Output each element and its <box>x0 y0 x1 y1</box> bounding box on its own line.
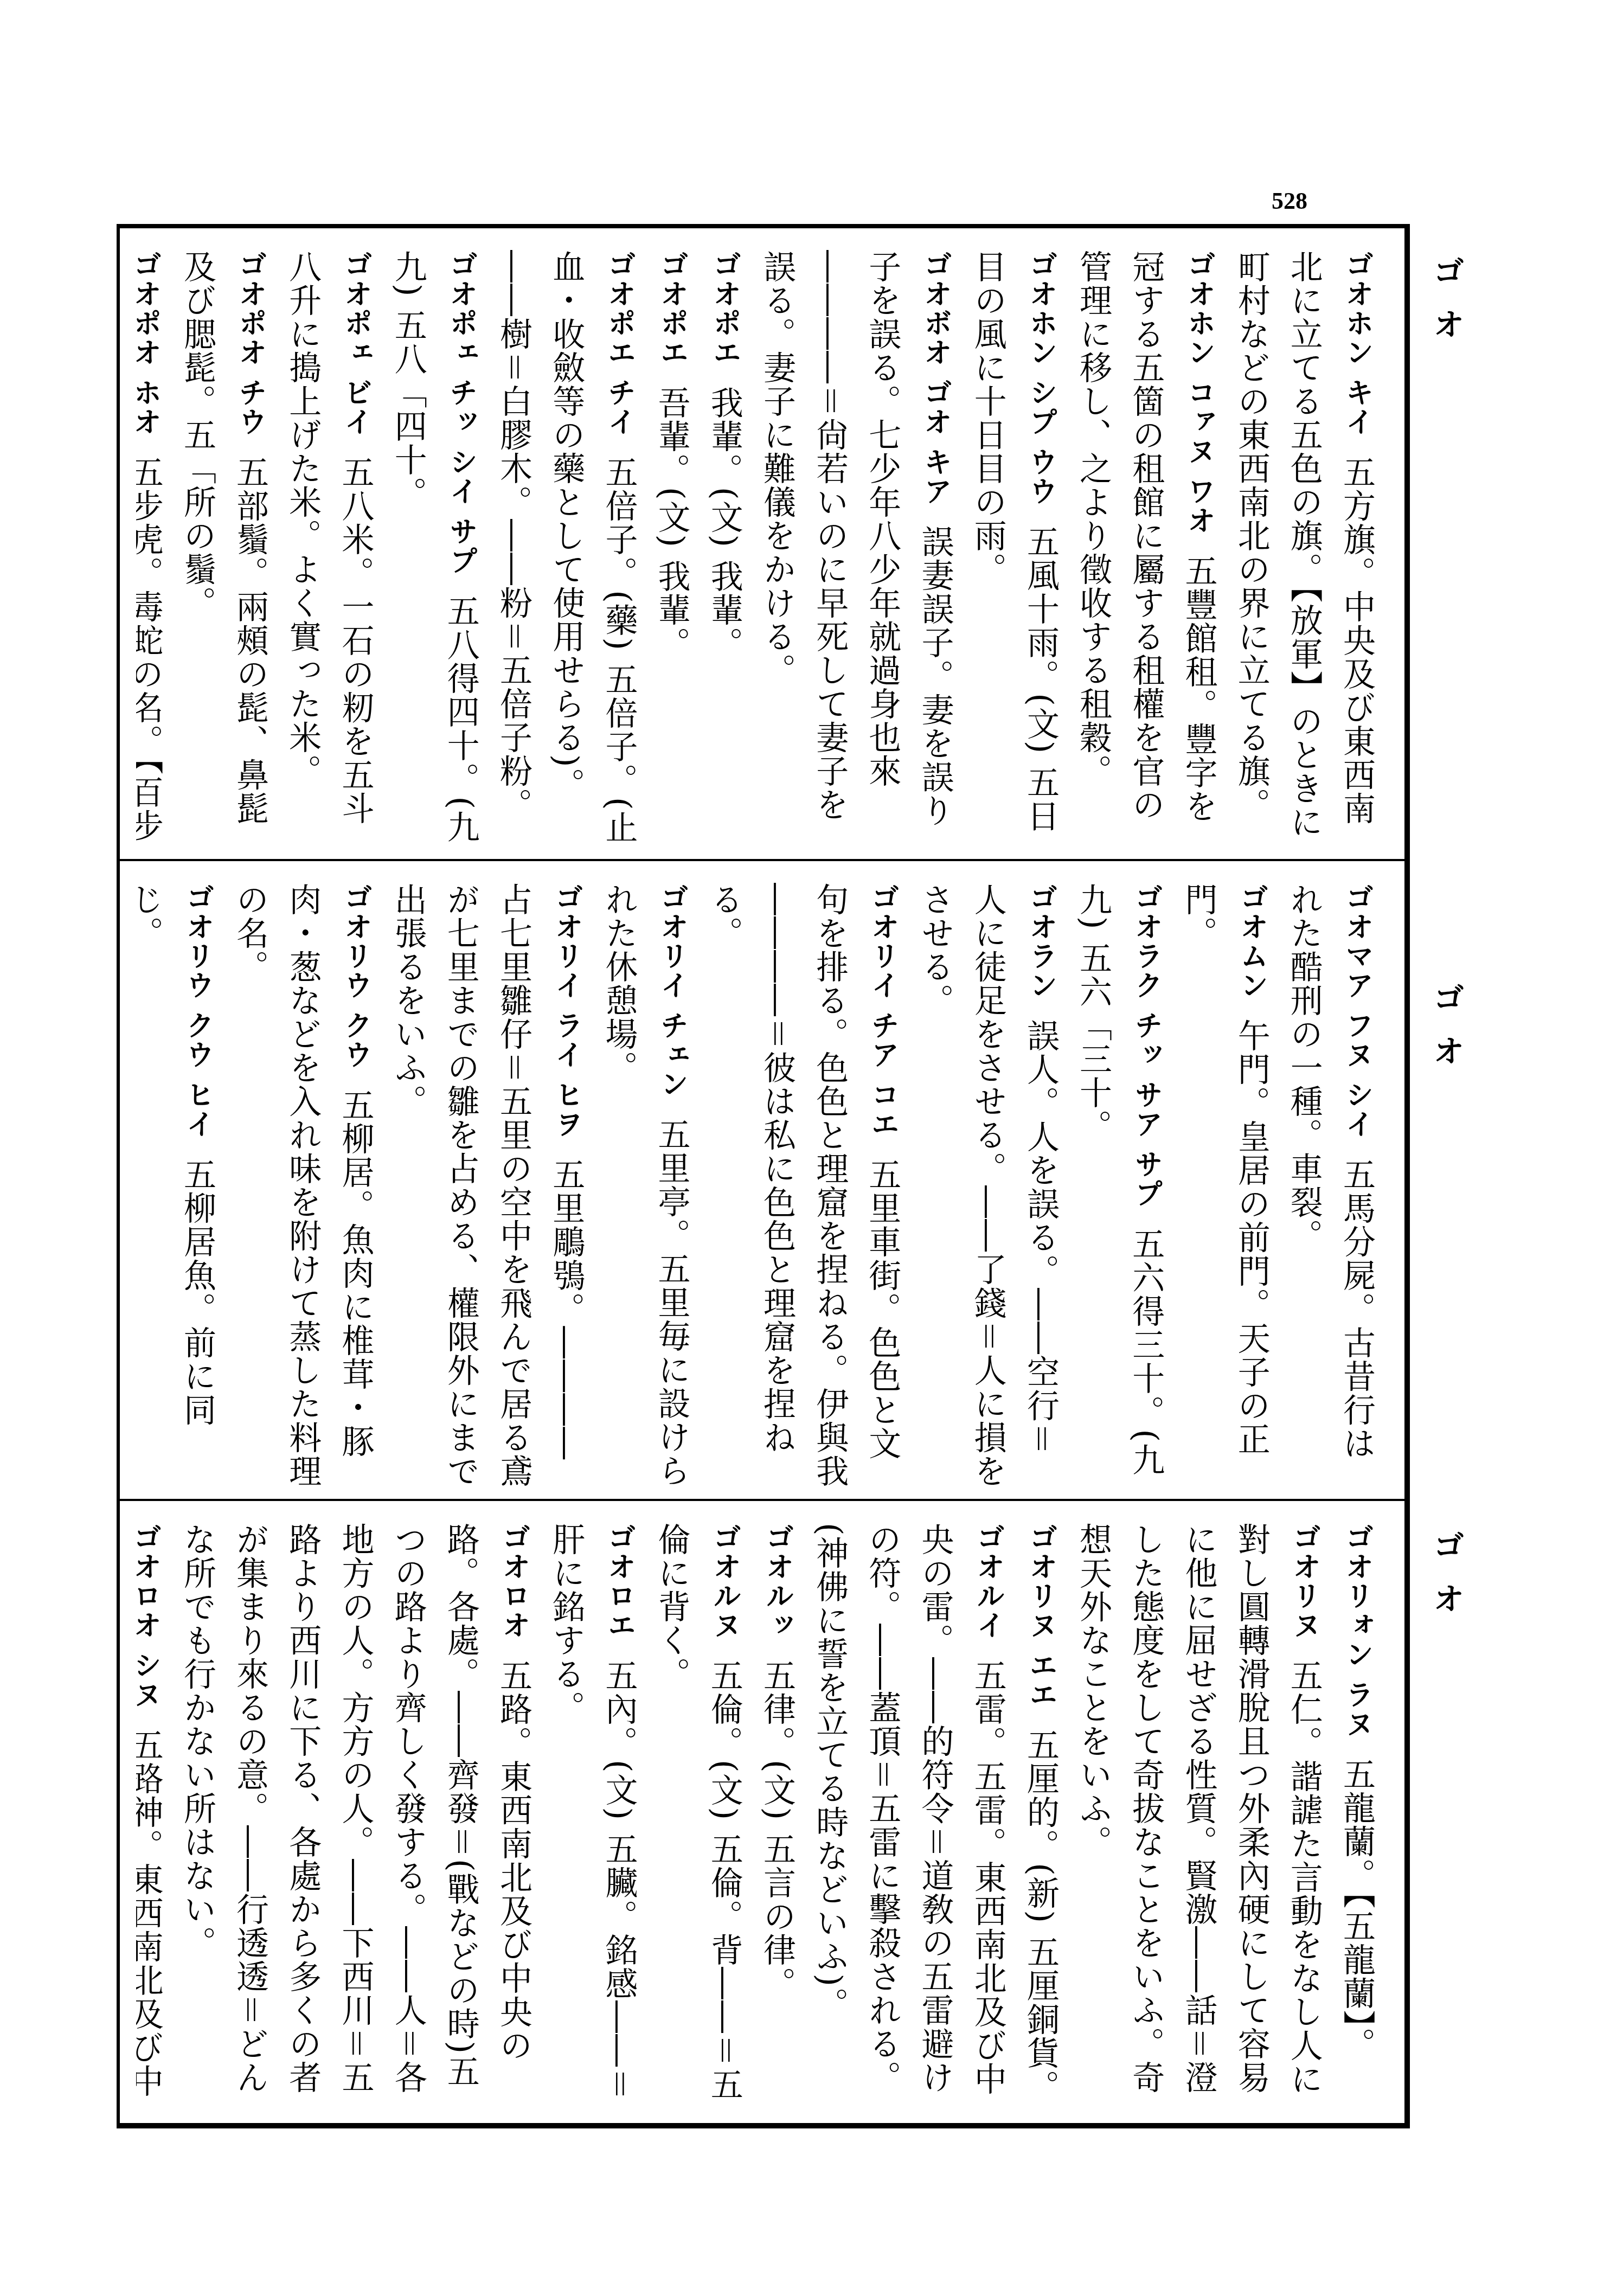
entry-headword: ゴオリイ チア コエ <box>866 883 899 1139</box>
entry-headword: ゴオルイ <box>972 1523 1004 1640</box>
dictionary-entry: ゴオリウ クウ 五柳居。魚肉に椎茸・豚肉・葱などを入れ味を附けて蒸した料理の名。 <box>223 883 382 1488</box>
page-number: 528 <box>1272 187 1307 215</box>
section-header: ゴオ <box>1423 1529 1469 1636</box>
entry-headword: ゴオラン <box>1024 883 1057 1000</box>
entry-definition: 吾輩。(文) 我輩。 <box>653 386 691 660</box>
entry-headword: ゴオリイ ライ ヒヲ <box>550 883 582 1139</box>
dictionary-entry: ゴオリヌ 五仁。諧謔た言動をなし人に對し圓轉滑脫且つ外柔內硬にして容易に他に屈せ… <box>1067 1523 1330 2111</box>
section-header: ゴオ <box>1423 982 1469 1088</box>
dictionary-entry: ゴオマア フヌ シイ 五馬分屍。古昔行はれた酷刑の一種。車裂。 <box>1278 883 1383 1488</box>
dictionary-entry: ゴオロオ 五路。東西南北及び中央の路。各處。――齊發＝(戰などの時)五つの路より… <box>171 1523 540 2111</box>
entry-headword: ゴオロオ シヌ <box>136 1523 161 1709</box>
dictionary-entry: ゴオロオ シヌ 五路神。東西南北及び中央の神。 <box>136 1523 171 2111</box>
entry-headword: ゴオポオ チウ <box>234 250 266 437</box>
entry-headword: ゴオポエ <box>708 250 741 367</box>
entry-definition: 五龍蘭。【五龍蘭】。 <box>1338 1758 1376 2061</box>
dictionary-entry: ゴオポェ ビイ 五八米。一石の籾を五斗八升に搗上げた米。よく實った米。 <box>276 250 381 848</box>
entry-headword: ゴオポェ ビイ <box>339 250 371 437</box>
dictionary-entry: ゴオルッ 五律。(文) 五言の律。 <box>750 1523 803 2111</box>
dictionary-entry: ゴオポエ 吾輩。(文) 我輩。 <box>645 250 697 848</box>
entry-definition: 五律。(文) 五言の律。 <box>758 1659 796 2000</box>
entry-headword: ゴオリイ チェン <box>656 883 688 1099</box>
dictionary-entry: ゴオボオ ゴオ キア 誤妻誤子。妻を誤り子を誤る。七少年八少年就過身也來――――… <box>750 250 961 848</box>
entry-headword: ゴオリォン ラヌ <box>1340 1523 1373 1739</box>
entry-headword: ゴオホン コァヌ ワオ <box>1182 250 1215 535</box>
dictionary-entry: ゴオポオ チウ 五部鬚。兩頰の髭、鼻髭及び腮髭。五「所の鬚。 <box>171 250 276 848</box>
entry-columns: ゴオマア フヌ シイ 五馬分屍。古昔行はれた酷刑の一種。車裂。 ゴオムン 午門。… <box>136 883 1383 1488</box>
dictionary-entry: ゴオポエ 我輩。(文) 我輩。 <box>698 250 750 848</box>
dictionary-entry: ゴオリイ ライ ヒヲ 五里鵰鴞。――――占七里雛仔＝五里の空中を飛んで居る鳶が七… <box>381 883 592 1488</box>
dictionary-entry: ゴオリヌ エエ 五厘的。(新) 五厘銅貨。 <box>1014 1523 1067 2111</box>
entry-headword: ゴオボオ ゴオ キア <box>919 250 952 506</box>
dictionary-entry: ゴオルイ 五雷。五雷。東西南北及び中央の雷。――的符令＝道敎の五雷避けの符。――… <box>803 1523 1014 2111</box>
entry-definition: 五路。東西南北及び中央の路。各處。――齊發＝(戰などの時)五つの路より齊しく發す… <box>178 1523 533 2094</box>
entry-definition: 五仁。諧謔た言動をなし人に對し圓轉滑脫且つ外柔內硬にして容易に他に屈せざる性質。… <box>1074 1523 1323 2096</box>
entry-headword: ゴオポエ チイ <box>602 250 635 437</box>
entry-columns: ゴオホン キイ 五方旗。中央及び東西南北に立てる五色の旗。【放軍】のときに町村な… <box>136 250 1383 848</box>
entry-headword: ゴオリウ クウ ヒイ <box>181 883 214 1139</box>
band-top: ゴオホン キイ 五方旗。中央及び東西南北に立てる五色の旗。【放軍】のときに町村な… <box>120 228 1404 861</box>
entry-definition: 我輩。(文) 我輩。 <box>705 386 743 660</box>
band-bottom: ゴオリォン ラヌ 五龍蘭。【五龍蘭】。 ゴオリヌ 五仁。諧謔た言動をなし人に對し… <box>120 1501 1404 2122</box>
band-middle: ゴオマア フヌ シイ 五馬分屍。古昔行はれた酷刑の一種。車裂。 ゴオムン 午門。… <box>120 861 1404 1501</box>
entry-headword: ゴオマア フヌ シイ <box>1340 883 1373 1139</box>
dictionary-entry: ゴオロエ 五內。(文) 五臟。銘感――＝肝に銘する。 <box>540 1523 645 2111</box>
dictionary-entry: ゴオラク チッ サア サプ 五六得三十。(九九) 五六「三十。 <box>1067 883 1172 1488</box>
entry-headword: ゴオルッ <box>761 1523 793 1640</box>
entry-columns: ゴオリォン ラヌ 五龍蘭。【五龍蘭】。 ゴオリヌ 五仁。諧謔た言動をなし人に對し… <box>136 1523 1383 2111</box>
entry-headword: ゴオルヌ <box>708 1523 741 1640</box>
dictionary-entry: ゴオリイ チア コエ 五里車街。色色と文句を排る。色色と理窟を捏ねる。伊與我――… <box>698 883 909 1488</box>
entry-headword: ゴオポオ ホオ <box>136 250 161 437</box>
dictionary-entry: ゴオポオ ホオ 五步虎。毒蛇の名。【百步蛇】。 <box>136 250 171 848</box>
dictionary-entry: ゴオルヌ 五倫。(文) 五倫。背――＝五倫に背く。 <box>645 1523 750 2111</box>
dictionary-entry: ゴオラン 誤人。人を誤る。――空行＝人に徒足をさせる。――了錢＝人に損をさせる。 <box>908 883 1067 1488</box>
dictionary-entry: ゴオムン 午門。皇居の前門。天子の正門。 <box>1172 883 1277 1488</box>
dictionary-entry: ゴオリイ チェン 五里亭。五里毎に設けられた休憩場。 <box>592 883 697 1488</box>
entry-headword: ゴオリヌ エエ <box>1024 1523 1057 1709</box>
entry-headword: ゴオラク チッ サア サプ <box>1130 883 1162 1208</box>
dictionary-entry: ゴオホン コァヌ ワオ 五豐館租。豐字を冠する五箇の租館に屬する租權を官の管理に… <box>1067 250 1225 848</box>
entry-headword: ゴオロエ <box>602 1523 635 1640</box>
entry-headword: ゴオポエ <box>656 250 688 367</box>
dictionary-entry: ゴオポェ チッ シイ サプ 五八得四十。(九九) 五八「四十。 <box>381 250 486 848</box>
page-frame: ゴオホン キイ 五方旗。中央及び東西南北に立てる五色の旗。【放軍】のときに町村な… <box>117 224 1410 2128</box>
dictionary-entry: ゴオポエ チイ 五倍子。(藥) 五倍子。(止血・收斂等の藥として使用せらる)。―… <box>487 250 645 848</box>
entry-headword: ゴオホン キイ <box>1340 250 1373 437</box>
dictionary-entry: ゴオホン シプ ウウ 五風十雨。(文) 五日目の風に十日目の雨。 <box>961 250 1067 848</box>
entry-headword: ゴオリウ クウ <box>339 883 371 1069</box>
entry-headword: ゴオロオ <box>497 1523 530 1640</box>
entry-definition: 五厘的。(新) 五厘銅貨。 <box>1022 1728 1060 2103</box>
dictionary-entry: ゴオリォン ラヌ 五龍蘭。【五龍蘭】。 <box>1330 1523 1383 2111</box>
dictionary-entry: ゴオホン キイ 五方旗。中央及び東西南北に立てる五色の旗。【放軍】のときに町村な… <box>1224 250 1383 848</box>
entry-headword: ゴオムン <box>1235 883 1268 1000</box>
entry-headword: ゴオホン シプ ウウ <box>1024 250 1057 506</box>
section-header: ゴオ <box>1423 255 1469 361</box>
entry-headword: ゴオポェ チッ シイ サプ <box>445 250 477 575</box>
entry-headword: ゴオリヌ <box>1288 1523 1320 1640</box>
dictionary-entry: ゴオリウ クウ ヒイ 五柳居魚。前に同じ。 <box>136 883 223 1488</box>
